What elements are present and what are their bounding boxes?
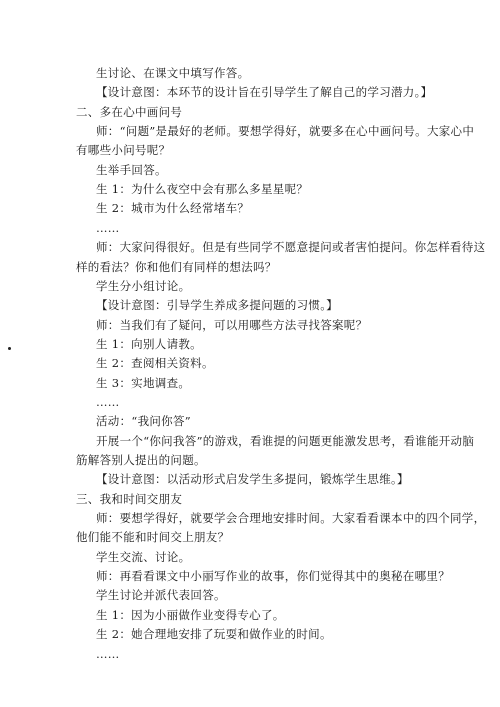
- text-line: ……: [96, 395, 120, 409]
- text-line: ……: [96, 221, 120, 235]
- text-line: 生 1：因为小丽做作业变得专心了。: [96, 608, 285, 622]
- text-line: 师：大家问得很好。但是有些同学不愿意提问或者害怕提问。你怎样看待这: [96, 240, 485, 254]
- document-page: 生讨论、在课文中填写作答。【设计意图：本环节的设计旨在引导学生了解自己的学习潜力…: [0, 0, 500, 707]
- text-line: 生讨论、在课文中填写作答。: [96, 66, 249, 80]
- text-line: 三、我和时间交朋友: [76, 492, 182, 506]
- text-line: 他们能不能和时间交上朋友？: [76, 530, 229, 544]
- text-line: 开展一个“你问我答”的游戏，看谁提的问题更能激发思考，看谁能开动脑: [96, 434, 474, 448]
- text-line: 生 1：为什么夜空中会有那么多星星呢？: [96, 182, 308, 196]
- text-line: 【设计意图：本环节的设计旨在引导学生了解自己的学习潜力。】: [96, 85, 432, 99]
- text-line: 二、多在心中画问号: [76, 105, 182, 119]
- text-line: 活动：“我问你答”: [96, 414, 191, 428]
- text-line: 生 2：城市为什么经常堵车？: [96, 201, 249, 215]
- text-line: 学生分小组讨论。: [96, 279, 190, 293]
- text-line: 【设计意图：引导学生养成多提问题的习惯。】: [96, 298, 338, 312]
- text-line: 筋解答别人提出的问题。: [76, 453, 206, 467]
- text-line: 师：当我们有了疑问，可以用哪些方法寻找答案呢？: [96, 318, 367, 332]
- text-line: ……: [96, 647, 120, 661]
- text-line: 有哪些小问号呢？: [76, 143, 170, 157]
- text-line: 生 3：实地调查。: [96, 376, 190, 390]
- margin-dot: [8, 347, 11, 350]
- text-line: 生 2：她合理地安排了玩耍和做作业的时间。: [96, 627, 332, 641]
- text-line: 师：再看看课文中小丽写作业的故事，你们觉得其中的奥秘在哪里？: [96, 569, 450, 583]
- text-line: 师：要想学得好，就要学会合理地安排时间。大家看看课本中的四个同学，: [96, 511, 485, 525]
- text-line: 学生讨论并派代表回答。: [96, 588, 226, 602]
- text-line: 学生交流、讨论。: [96, 550, 190, 564]
- text-line: 样的看法？你和他们有同样的想法吗？: [76, 260, 277, 274]
- text-line: 生 2：查阅相关资料。: [96, 356, 214, 370]
- text-line: 生举手回答。: [96, 163, 167, 177]
- text-line: 生 1：向别人请教。: [96, 337, 202, 351]
- text-line: 师：“问题”是最好的老师。要想学得好，就要多在心中画问号。大家心中: [96, 124, 474, 138]
- text-line: 【设计意图：以活动形式启发学生多提问，锻炼学生思维。】: [96, 472, 409, 486]
